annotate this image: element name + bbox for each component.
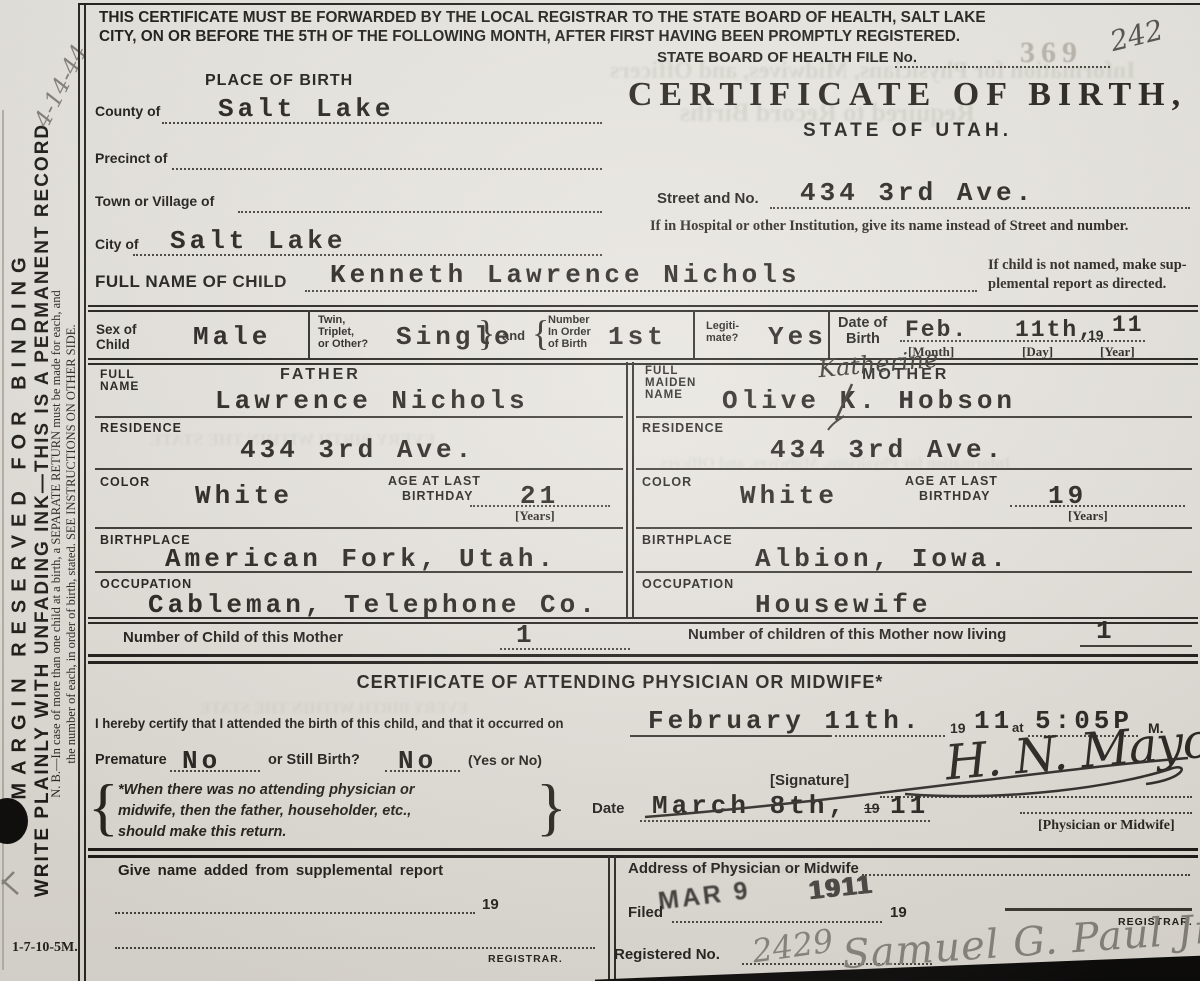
sex-of-child-label: Sex ofChild bbox=[96, 322, 137, 352]
street-value: 434 3rd Ave. bbox=[800, 180, 1035, 206]
town-label: Town or Village of bbox=[95, 193, 214, 209]
father-age-label: AGE AT LASTBIRTHDAY bbox=[388, 474, 481, 504]
note-line2: midwife, then the father, householder, e… bbox=[118, 801, 415, 822]
place-of-birth-title: PLACE OF BIRTH bbox=[205, 72, 353, 90]
mother-occupation-value: Housewife bbox=[755, 592, 931, 618]
mother-birthplace-label: BIRTHPLACE bbox=[642, 533, 733, 547]
file-number-label: STATE BOARD OF HEALTH FILE No. bbox=[657, 49, 917, 66]
father-name-value: Lawrence Nichols bbox=[215, 388, 529, 414]
row-line bbox=[636, 468, 1192, 470]
children-living-label: Number of children of this Mother now li… bbox=[688, 626, 1006, 643]
filed-label: Filed bbox=[628, 904, 663, 921]
brace-close: } bbox=[478, 312, 495, 354]
father-birthplace-value: American Fork, Utah. bbox=[165, 546, 557, 572]
rule bbox=[88, 358, 1198, 365]
father-residence-value: 434 3rd Ave. bbox=[240, 437, 475, 463]
forwarding-instruction-line2: CITY, ON OR BEFORE THE 5TH OF THE FOLLOW… bbox=[99, 28, 960, 46]
physician-midwife-bracket: [Physician or Midwife] bbox=[1038, 818, 1175, 834]
heavy-rule bbox=[88, 848, 1198, 858]
legitimate-label: Legiti-mate? bbox=[706, 320, 739, 344]
row-line bbox=[95, 527, 623, 529]
mother-birthplace-value: Albion, Iowa. bbox=[755, 546, 1010, 572]
precinct-line bbox=[172, 168, 602, 170]
certificate-subtitle: STATE OF UTAH. bbox=[620, 120, 1195, 142]
father-heading: FATHER bbox=[280, 366, 361, 384]
twin-label: Twin,Triplet,or Other? bbox=[318, 314, 368, 350]
registrar-label-left: REGISTRAR. bbox=[488, 953, 563, 965]
order-of-birth-label: NumberIn Orderof Birth bbox=[548, 314, 591, 350]
father-residence-label: RESIDENCE bbox=[100, 421, 182, 435]
sex-value: Male bbox=[193, 324, 271, 350]
city-value: Salt Lake bbox=[170, 228, 346, 254]
form-top-border bbox=[78, 3, 1200, 5]
mother-color-label: COLOR bbox=[642, 475, 692, 489]
county-value: Salt Lake bbox=[218, 96, 394, 122]
father-age-value: 21 bbox=[520, 483, 559, 509]
physician-midwife-line bbox=[1020, 812, 1192, 814]
address-line bbox=[862, 874, 1190, 876]
form-code: 1-7-10-5M. bbox=[12, 940, 78, 956]
heavy-rule bbox=[88, 654, 1198, 664]
dob-year-printed: 19 bbox=[1088, 327, 1104, 343]
date-value: March 8th, bbox=[652, 793, 848, 819]
birth-certificate-scan: Information for Physicians, Midwives, an… bbox=[0, 0, 1200, 981]
occurred-date-value: February 11th. bbox=[648, 708, 922, 734]
father-color-value: White bbox=[195, 483, 293, 509]
file-number-stamp: 369 bbox=[1020, 36, 1083, 70]
supplemental-year: 19 bbox=[482, 896, 499, 913]
cell-divider bbox=[693, 310, 695, 358]
yes-or-no-label: (Yes or No) bbox=[468, 752, 542, 768]
row-line bbox=[636, 527, 1192, 529]
row-line bbox=[95, 416, 623, 418]
dob-year: 11 bbox=[1112, 314, 1144, 337]
received-stamp-year: 1911 bbox=[807, 869, 874, 907]
mother-color-value: White bbox=[740, 483, 838, 509]
child-number-label: Number of Child of this Mother bbox=[123, 629, 343, 646]
father-color-label: COLOR bbox=[100, 475, 150, 489]
father-occupation-value: Cableman, Telephone Co. bbox=[148, 592, 599, 618]
county-label: County of bbox=[95, 103, 160, 119]
father-years-bracket: [Years] bbox=[515, 508, 555, 524]
certificate-title: CERTIFICATE OF BIRTH, bbox=[620, 76, 1195, 114]
note-line3: should make this return. bbox=[118, 822, 415, 843]
file-number-handwritten: 242 bbox=[1107, 16, 1166, 56]
parent-table-divider bbox=[626, 362, 634, 618]
supplemental-line bbox=[115, 912, 475, 914]
child-note-line2: plemental report as directed. bbox=[988, 275, 1198, 294]
stillbirth-label: or Still Birth? bbox=[268, 752, 360, 768]
mother-residence-label: RESIDENCE bbox=[642, 421, 724, 435]
premature-label: Premature bbox=[95, 752, 167, 768]
twin-value: Single bbox=[396, 324, 514, 350]
form-left-border bbox=[78, 4, 86, 981]
precinct-label: Precinct of bbox=[95, 150, 167, 166]
mother-age-value: 19 bbox=[1048, 483, 1087, 509]
cell-divider bbox=[828, 310, 830, 358]
brace-open: { bbox=[532, 312, 549, 354]
and-label: and bbox=[502, 328, 525, 343]
dob-month: Feb. bbox=[905, 319, 968, 342]
row-line bbox=[95, 468, 623, 470]
signature-label: [Signature] bbox=[770, 772, 849, 789]
margin-nb-line1: N. B.—In case of more than one child at … bbox=[49, 104, 64, 981]
child-not-named-note: If child is not named, make sup- plement… bbox=[988, 256, 1198, 294]
row-line bbox=[95, 571, 623, 573]
hospital-note: If in Hospital or other Institution, giv… bbox=[650, 218, 1128, 235]
child-name-label: FULL NAME OF CHILD bbox=[95, 272, 287, 292]
mother-name-value: Olive K. Hobson bbox=[722, 388, 1016, 414]
note-brace-open: { bbox=[88, 770, 119, 844]
note-brace-close: } bbox=[536, 770, 567, 844]
town-line bbox=[238, 211, 602, 213]
child-name-value: Kenneth Lawrence Nichols bbox=[330, 262, 800, 288]
dob-label: Date ofBirth bbox=[838, 315, 887, 347]
rule bbox=[88, 305, 1198, 312]
legitimate-value: Yes bbox=[768, 324, 827, 350]
rule bbox=[88, 617, 1198, 624]
mother-occupation-label: OCCUPATION bbox=[642, 577, 734, 591]
row-line bbox=[636, 416, 1192, 418]
mother-name-label: FULLMAIDENNAME bbox=[645, 365, 696, 401]
registered-no-value: 2429 bbox=[750, 924, 835, 967]
registered-no-label: Registered No. bbox=[614, 946, 720, 963]
children-living-value: 1 bbox=[1096, 618, 1116, 644]
margin-nb-line2: the number of each, in order of birth, s… bbox=[64, 104, 79, 981]
child-name-line bbox=[305, 290, 977, 292]
note-line1: *When there was no attending physician o… bbox=[118, 780, 415, 801]
no-physician-note: *When there was no attending physician o… bbox=[118, 780, 415, 843]
supplemental-label: Give name added from supplemental report bbox=[118, 862, 443, 879]
city-label: City of bbox=[95, 236, 139, 252]
street-label: Street and No. bbox=[657, 190, 759, 207]
premature-value: No bbox=[182, 748, 221, 774]
child-note-line1: If child is not named, make sup- bbox=[988, 256, 1198, 275]
filed-line bbox=[672, 921, 882, 923]
certify-statement: I hereby certify that I attended the bir… bbox=[95, 716, 564, 731]
margin-nb-note: N. B.—In case of more than one child at … bbox=[49, 104, 79, 981]
cell-divider bbox=[308, 310, 310, 358]
father-name-label: FULLNAME bbox=[100, 368, 139, 392]
order-value: 1st bbox=[608, 324, 667, 350]
father-occupation-label: OCCUPATION bbox=[100, 577, 192, 591]
date-year-value: 11 bbox=[890, 793, 929, 819]
physician-section-title: CERTIFICATE OF ATTENDING PHYSICIAN OR MI… bbox=[300, 672, 940, 693]
supplemental-registrar-line bbox=[115, 947, 595, 949]
forwarding-instruction-line1: THIS CERTIFICATE MUST BE FORWARDED BY TH… bbox=[99, 9, 986, 27]
mother-years-bracket: [Years] bbox=[1068, 508, 1108, 524]
mother-age-line bbox=[1010, 505, 1185, 507]
row-line bbox=[636, 571, 1192, 573]
mother-residence-value: 434 3rd Ave. bbox=[770, 437, 1005, 463]
child-number-value: 1 bbox=[516, 622, 536, 648]
mother-age-label: AGE AT LASTBIRTHDAY bbox=[905, 474, 998, 504]
stillbirth-value: No bbox=[398, 748, 437, 774]
filed-year: 19 bbox=[890, 904, 907, 921]
received-stamp-date: MAR 9 bbox=[657, 876, 753, 916]
date-year-printed: 19 bbox=[864, 800, 880, 816]
date-label: Date bbox=[592, 800, 625, 817]
dob-day: 11th, bbox=[1015, 319, 1094, 342]
